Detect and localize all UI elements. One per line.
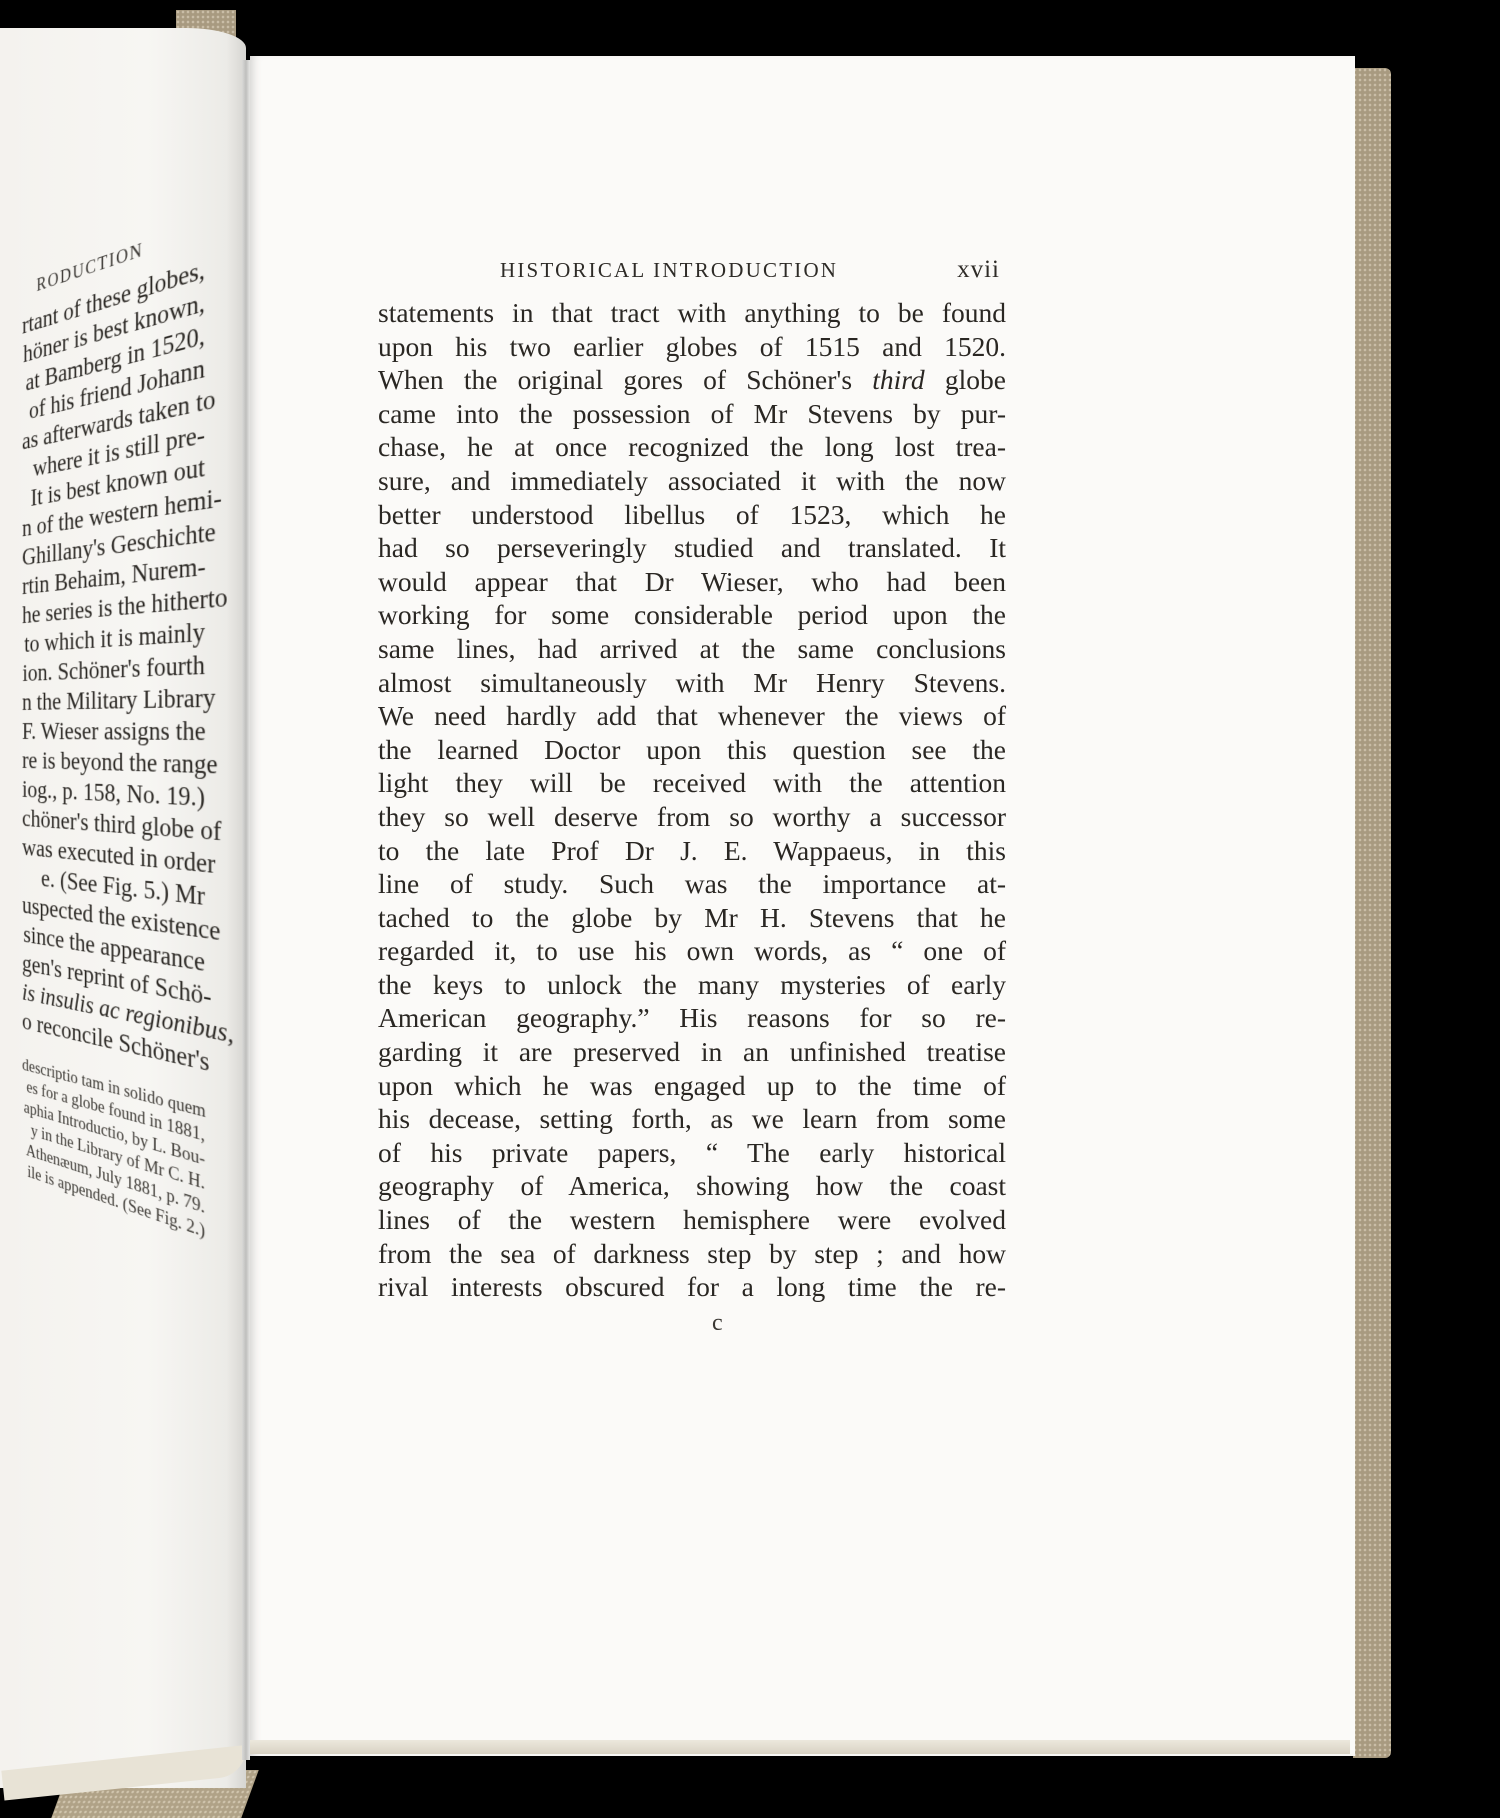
text-line: almost simultaneously with Mr Henry Stev… bbox=[378, 666, 1006, 700]
left-line: n the Military Library bbox=[22, 682, 205, 717]
text-line: working for some considerable period upo… bbox=[378, 598, 1006, 632]
signature-mark: c bbox=[712, 1310, 723, 1337]
text-segment: When the original gores of Schöner's bbox=[378, 364, 872, 395]
text-line: would appear that Dr Wieser, who had bee… bbox=[378, 565, 1006, 599]
text-line: they so well deserve from so worthy a su… bbox=[378, 800, 1006, 834]
left-page: RODUCTION rtant of these globes, höner i… bbox=[0, 28, 246, 1788]
text-line-with-italic: When the original gores of Schöner's thi… bbox=[378, 363, 1006, 397]
text-line: same lines, had arrived at the same conc… bbox=[378, 632, 1006, 666]
right-page-edge bbox=[250, 1740, 1350, 1754]
right-page-body: statements in that tract with anything t… bbox=[378, 296, 1006, 1304]
text-line: his decease, setting forth, as we learn … bbox=[378, 1102, 1006, 1136]
text-line: had so perseveringly studied and transla… bbox=[378, 531, 1006, 565]
book-photo-scene: RODUCTION rtant of these globes, höner i… bbox=[0, 0, 1500, 1818]
text-line: regarded it, to use his own words, as “ … bbox=[378, 934, 1006, 968]
page-number: xvii bbox=[957, 256, 1000, 284]
left-page-text: RODUCTION rtant of these globes, höner i… bbox=[22, 218, 205, 1244]
text-line: to the late Prof Dr J. E. Wappaeus, in t… bbox=[378, 834, 1006, 868]
text-line: garding it are preserved in an unfinishe… bbox=[378, 1035, 1006, 1069]
text-line: better understood libellus of 1523, whic… bbox=[378, 498, 1006, 532]
text-line: geography of America, showing how the co… bbox=[378, 1169, 1006, 1203]
text-line: lines of the western hemisphere were evo… bbox=[378, 1203, 1006, 1237]
text-line: upon which he was engaged up to the time… bbox=[378, 1069, 1006, 1103]
text-line: sure, and immediately associated it with… bbox=[378, 464, 1006, 498]
text-line: tached to the globe by Mr H. Stevens tha… bbox=[378, 901, 1006, 935]
left-line: F. Wieser assigns the bbox=[22, 715, 205, 748]
text-line: from the sea of darkness step by step ; … bbox=[378, 1237, 1006, 1271]
left-body: rtant of these globes, höner is best kno… bbox=[22, 253, 205, 1078]
italic-word: third bbox=[872, 364, 924, 395]
text-line: upon his two earlier globes of 1515 and … bbox=[378, 330, 1006, 364]
text-line: came into the possession of Mr Stevens b… bbox=[378, 397, 1006, 431]
text-line: statements in that tract with anything t… bbox=[378, 296, 1006, 330]
text-line: light they will be received with the att… bbox=[378, 766, 1006, 800]
text-line: American geography.” His reasons for so … bbox=[378, 1001, 1006, 1035]
book-gutter bbox=[242, 60, 250, 1760]
text-line: We need hardly add that whenever the vie… bbox=[378, 699, 1006, 733]
cloth-binding-right bbox=[1353, 68, 1391, 1758]
running-title: HISTORICAL INTRODUCTION bbox=[500, 258, 838, 283]
left-footnotes: descriptio tam in solido quem es for a g… bbox=[22, 1055, 205, 1244]
running-head: HISTORICAL INTRODUCTION xvii bbox=[500, 258, 1000, 288]
text-line: the keys to unlock the many mysteries of… bbox=[378, 968, 1006, 1002]
text-line: chase, he at once recognized the long lo… bbox=[378, 430, 1006, 464]
text-line: rival interests obscured for a long time… bbox=[378, 1270, 1006, 1304]
text-segment: globe bbox=[925, 364, 1006, 395]
text-line: line of study. Such was the importance a… bbox=[378, 867, 1006, 901]
text-line: of his private papers, “ The early histo… bbox=[378, 1136, 1006, 1170]
text-line: the learned Doctor upon this question se… bbox=[378, 733, 1006, 767]
